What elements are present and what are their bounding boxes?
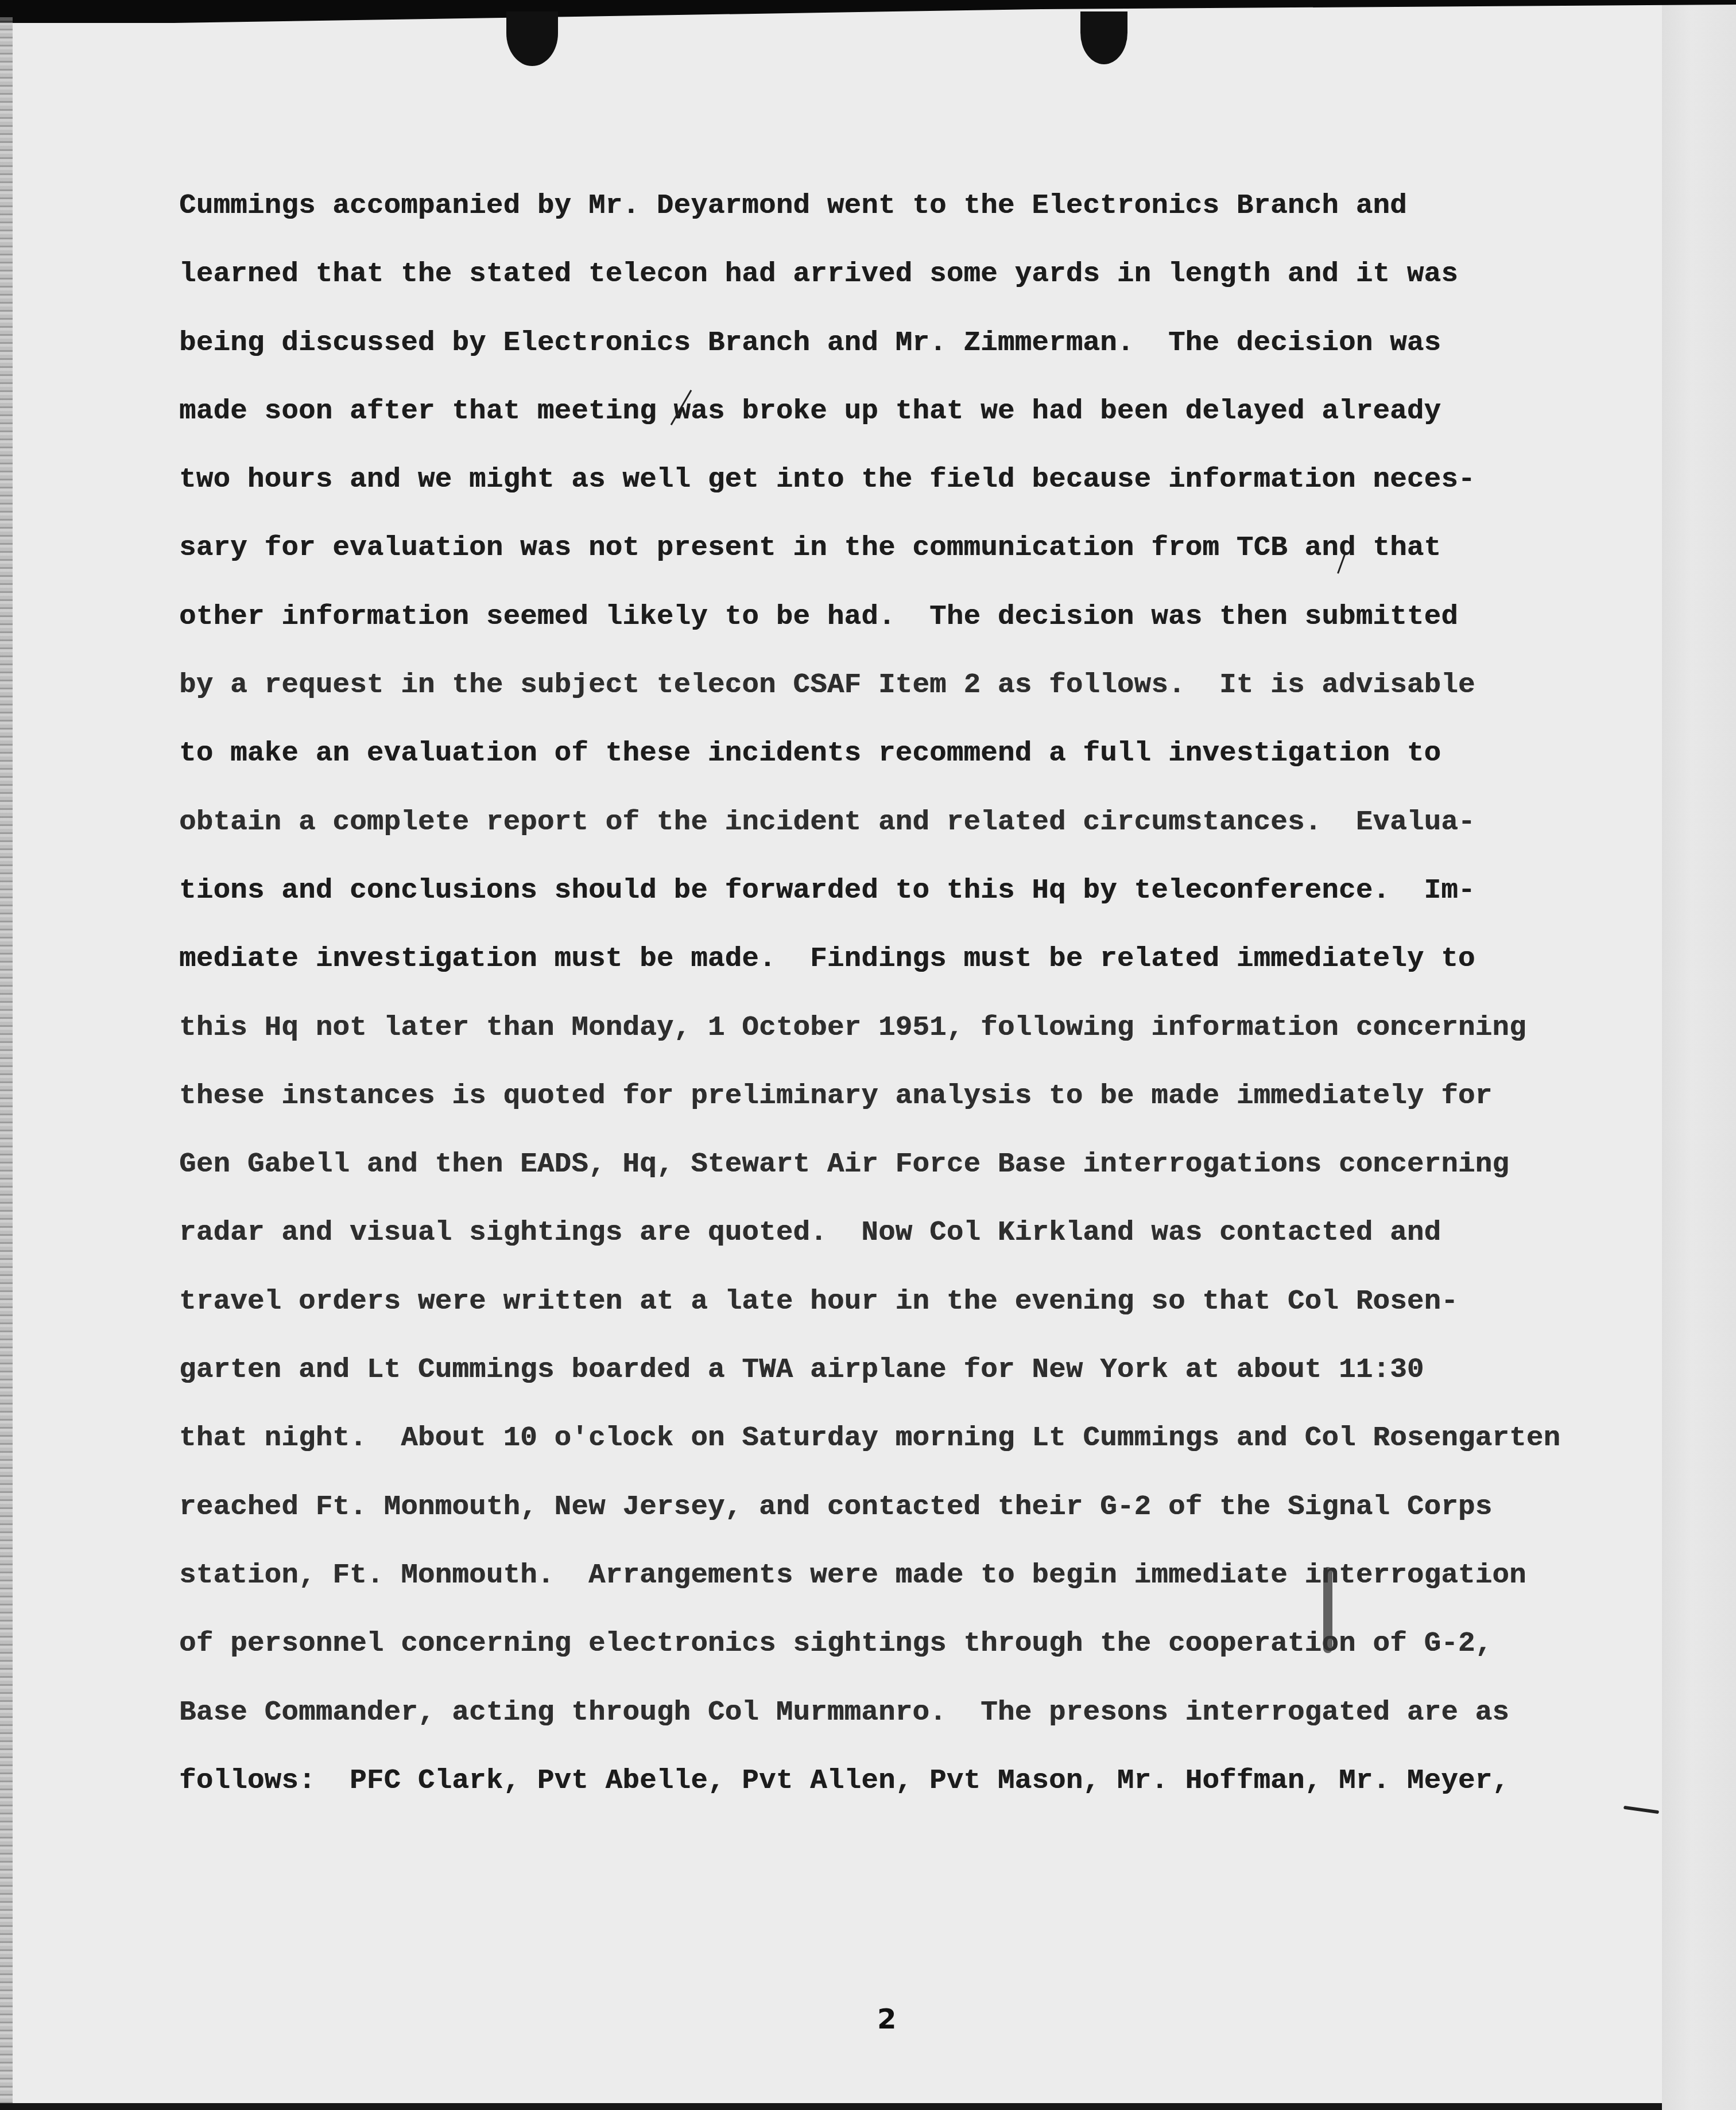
text-line: these instances is quoted for preliminar… bbox=[179, 1073, 1649, 1141]
text-line: to make an evaluation of these incidents… bbox=[179, 730, 1649, 798]
text-line: by a request in the subject telecon CSAF… bbox=[179, 662, 1649, 730]
text-line: reached Ft. Monmouth, New Jersey, and co… bbox=[179, 1484, 1649, 1552]
text-line: of personnel concerning electronics sigh… bbox=[179, 1620, 1649, 1689]
text-line: obtain a complete report of the incident… bbox=[179, 799, 1649, 867]
ink-smudge bbox=[1323, 1567, 1332, 1653]
text-line: made soon after that meeting was broke u… bbox=[179, 388, 1649, 456]
text-line: radar and visual sightings are quoted. N… bbox=[179, 1209, 1649, 1278]
text-line: mediate investigation must be made. Find… bbox=[179, 936, 1649, 1004]
text-line: this Hq not later than Monday, 1 October… bbox=[179, 1004, 1649, 1073]
text-line: sary for evaluation was not present in t… bbox=[179, 525, 1649, 593]
text-line: station, Ft. Monmouth. Arrangements were… bbox=[179, 1552, 1649, 1620]
text-line: follows: PFC Clark, Pvt Abelle, Pvt Alle… bbox=[179, 1758, 1649, 1826]
typewritten-body: Cummings accompanied by Mr. Deyarmond we… bbox=[179, 183, 1649, 1826]
scan-bottom-edge bbox=[0, 2103, 1662, 2110]
text-line: that night. About 10 o'clock on Saturday… bbox=[179, 1415, 1649, 1483]
text-line: Base Commander, acting through Col Murmm… bbox=[179, 1689, 1649, 1758]
text-line: other information seemed likely to be ha… bbox=[179, 594, 1649, 662]
page-number: 2 bbox=[877, 2003, 896, 2035]
text-line: Cummings accompanied by Mr. Deyarmond we… bbox=[179, 183, 1649, 251]
text-line: two hours and we might as well get into … bbox=[179, 456, 1649, 525]
text-line: travel orders were written at a late hou… bbox=[179, 1278, 1649, 1347]
text-line: Gen Gabell and then EADS, Hq, Stewart Ai… bbox=[179, 1141, 1649, 1209]
scan-left-edge bbox=[0, 17, 13, 2107]
text-line: garten and Lt Cummings boarded a TWA air… bbox=[179, 1347, 1649, 1415]
text-line: learned that the stated telecon had arri… bbox=[179, 251, 1649, 319]
scan-margin-strip bbox=[1662, 0, 1736, 2110]
text-line: tions and conclusions should be forwarde… bbox=[179, 867, 1649, 936]
text-line: being discussed by Electronics Branch an… bbox=[179, 320, 1649, 388]
